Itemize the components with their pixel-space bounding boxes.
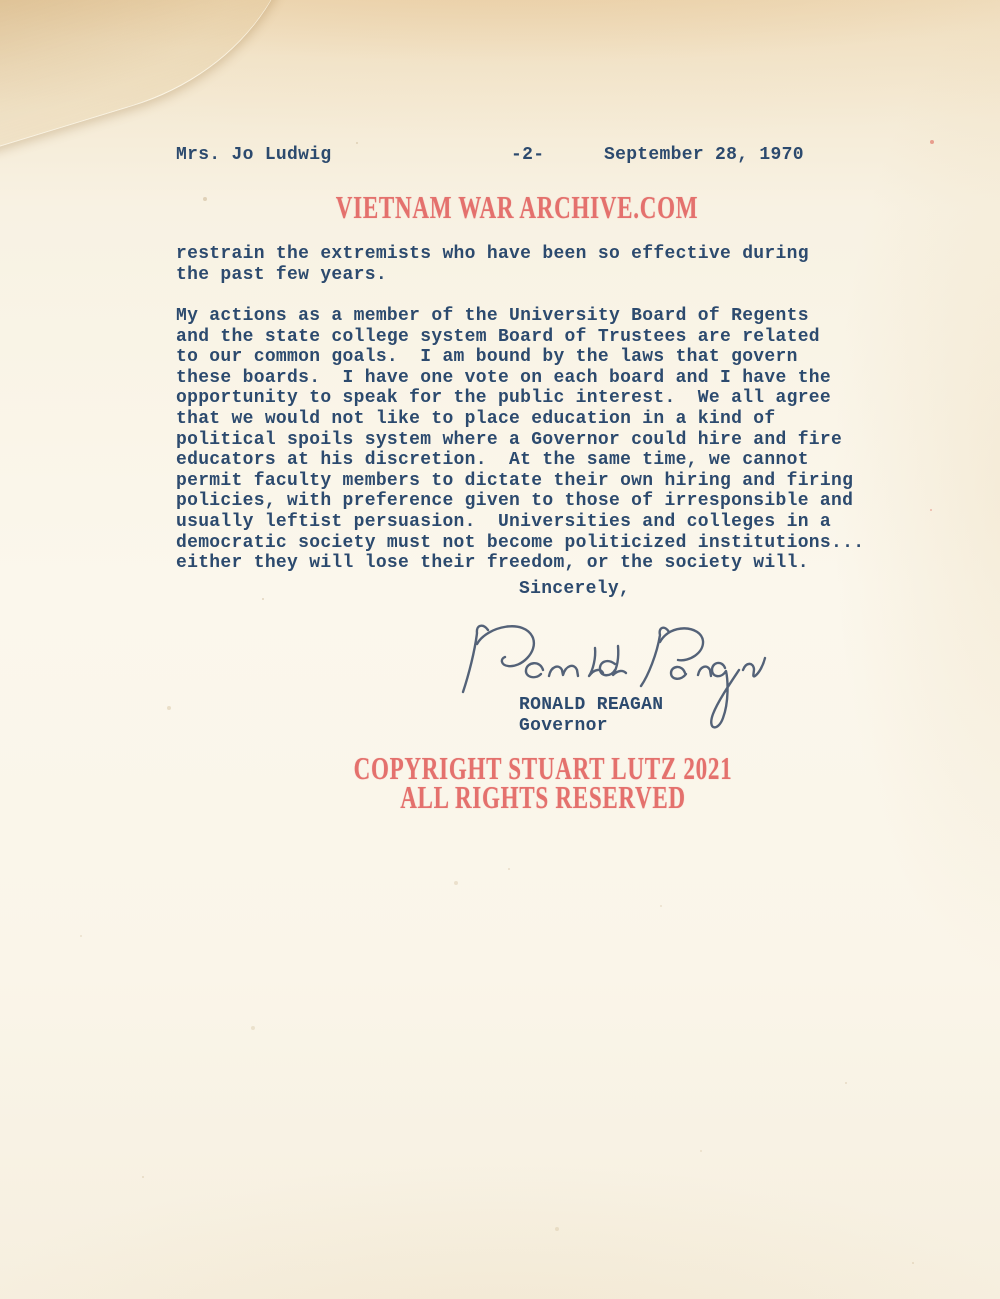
page-number: -2- [511,145,544,166]
paper-fold-crease [0,0,343,159]
signature-stroke [613,646,626,675]
body-paragraph-1: restrain the extremists who have been so… [176,244,809,285]
closing-salutation: Sincerely, [519,579,630,600]
archive-watermark: VIETNAM WAR ARCHIVE.COM [336,190,698,224]
recipient-name: Mrs. Jo Ludwig [176,145,331,166]
body-paragraph-2: My actions as a member of the University… [176,306,864,574]
signer-title: Governor [519,716,608,736]
signature-stroke [698,667,711,676]
signature-stroke [671,667,686,679]
letter-date: September 28, 1970 [604,145,804,166]
signature-stroke [660,628,703,660]
signature-stroke [549,666,578,676]
copyright-watermark: COPYRIGHT STUART LUTZ 2021 ALL RIGHTS RE… [354,754,733,812]
typed-signer-name: RONALD REAGAN [519,695,663,715]
copyright-line-2: ALL RIGHTS RESERVED [354,783,733,812]
signature-stroke [743,658,765,676]
letter-page: Mrs. Jo Ludwig -2- September 28, 1970 VI… [0,0,1000,1299]
typed-signer-block: RONALD REAGANGovernor [519,695,663,737]
signature-stroke [526,663,543,677]
signature-stroke [711,663,739,727]
paper-speckles [0,0,2,2]
signature-stroke [477,626,534,666]
